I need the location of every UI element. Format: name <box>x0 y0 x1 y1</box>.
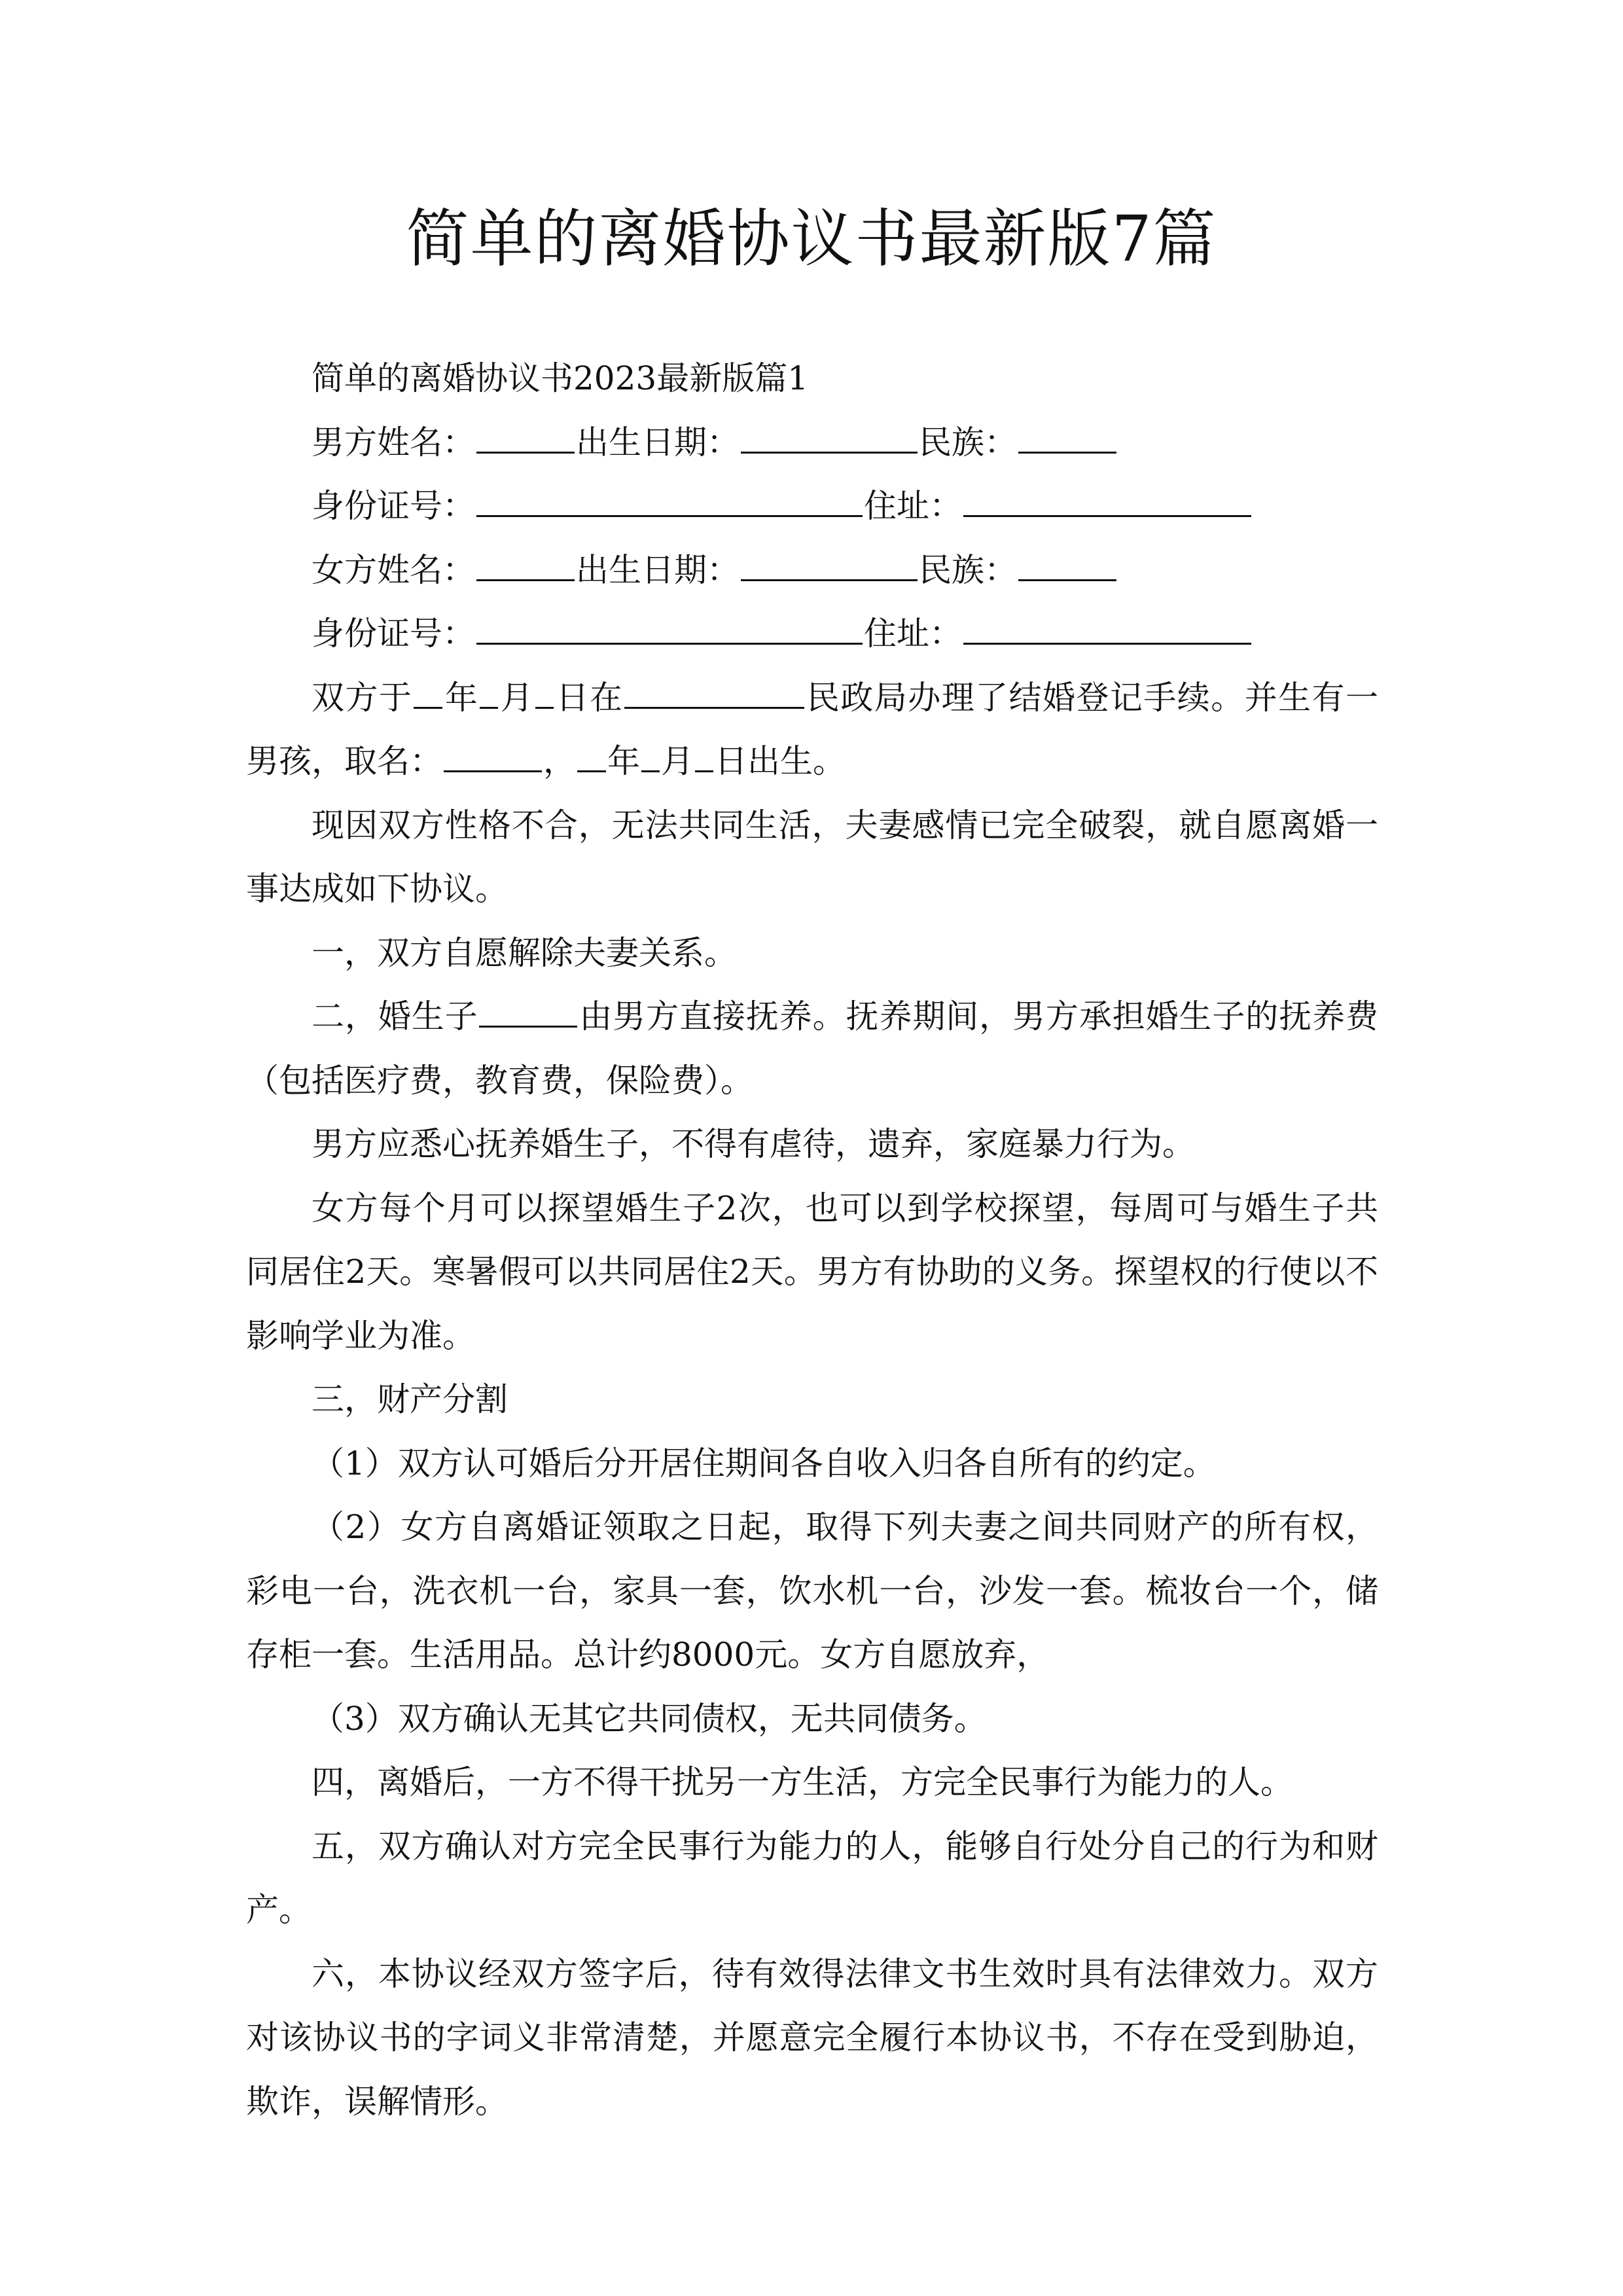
comma: ， <box>543 742 576 780</box>
female-dob-blank[interactable] <box>741 553 918 581</box>
day-label: 日在 <box>555 679 623 717</box>
property-item-1: （1）双方认可婚后分开居住期间各自收入归各自所有的约定。 <box>246 1432 1378 1496</box>
marriage-paragraph: 双方于年月日在民政局办理了结婚登记手续。并生有一男孩，取名：，年月日出生。 <box>246 666 1378 794</box>
male-dob-blank[interactable] <box>741 425 918 454</box>
clause-3: 三，财产分割 <box>246 1368 1378 1432</box>
male-id-blank[interactable] <box>476 489 863 517</box>
female-ethnicity-label: 民族： <box>919 551 1017 589</box>
birth-day-blank[interactable] <box>695 744 713 772</box>
reason-paragraph: 现因双方性格不合，无法共同生活，夫妻感情已完全破裂，就自愿离婚一事达成如下协议。 <box>246 794 1378 922</box>
female-id-blank[interactable] <box>476 617 863 645</box>
birth-year-blank[interactable] <box>577 744 606 772</box>
marriage-month-blank[interactable] <box>480 681 498 709</box>
year-label: 年 <box>444 679 478 717</box>
property-item-2: （2）女方自离婚证领取之日起，取得下列夫妻之间共同财产的所有权，彩电一台，洗衣机… <box>246 1496 1378 1687</box>
born-label: 日出生。 <box>715 742 846 780</box>
female-id-row: 身份证号：住址： <box>246 602 1378 666</box>
female-name-label: 女方姓名： <box>312 551 475 589</box>
marriage-text: 双方于 <box>312 679 412 717</box>
child-name-blank-2[interactable] <box>479 999 577 1028</box>
male-address-blank[interactable] <box>963 489 1251 517</box>
clause-1: 一，双方自愿解除夫妻关系。 <box>246 922 1378 986</box>
month-label: 月 <box>499 679 534 717</box>
male-id-label: 身份证号： <box>312 487 475 525</box>
clause-5: 五，双方确认对方完全民事行为能力的人，能够自行处分自己的行为和财产。 <box>246 1815 1378 1943</box>
clause-6: 六，本协议经双方签字后，待有效得法律文书生效时具有法律效力。双方对该协议书的字词… <box>246 1943 1378 2134</box>
male-name-blank[interactable] <box>476 425 575 454</box>
male-dob-label: 出生日期： <box>576 423 740 461</box>
clause-4: 四，离婚后，一方不得干扰另一方生活，方完全民事行为能力的人。 <box>246 1751 1378 1815</box>
female-dob-label: 出生日期： <box>576 551 740 589</box>
marriage-year-blank[interactable] <box>414 681 442 709</box>
civil-affairs-office-blank[interactable] <box>624 681 804 709</box>
birth-month-blank[interactable] <box>641 744 660 772</box>
male-id-row: 身份证号：住址： <box>246 475 1378 539</box>
section-heading: 简单的离婚协议书2023最新版篇1 <box>246 347 1378 411</box>
visitation-paragraph: 女方每个月可以探望婚生子2次，也可以到学校探望，每周可与婚生子共同居住2天。寒暑… <box>246 1177 1378 1369</box>
clause-2: 二，婚生子由男方直接抚养。抚养期间，男方承担婚生子的抚养费（包括医疗费，教育费，… <box>246 985 1378 1113</box>
female-name-blank[interactable] <box>476 553 575 581</box>
child-name-blank[interactable] <box>444 744 542 772</box>
clause-2-text: 二，婚生子 <box>312 997 478 1035</box>
female-id-label: 身份证号： <box>312 615 475 653</box>
month-label: 月 <box>661 742 694 780</box>
document-body: 简单的离婚协议书2023最新版篇1 男方姓名：出生日期：民族： 身份证号：住址：… <box>246 347 1378 2134</box>
care-paragraph: 男方应悉心抚养婚生子，不得有虐待，遗弃，家庭暴力行为。 <box>246 1113 1378 1177</box>
male-name-label: 男方姓名： <box>312 423 475 461</box>
male-ethnicity-label: 民族： <box>919 423 1017 461</box>
year-label: 年 <box>607 742 640 780</box>
male-address-label: 住址： <box>864 487 962 525</box>
property-item-3: （3）双方确认无其它共同债权，无共同债务。 <box>246 1687 1378 1751</box>
male-info-row: 男方姓名：出生日期：民族： <box>246 411 1378 475</box>
female-address-blank[interactable] <box>963 617 1251 645</box>
marriage-day-blank[interactable] <box>535 681 554 709</box>
female-info-row: 女方姓名：出生日期：民族： <box>246 539 1378 603</box>
female-ethnicity-blank[interactable] <box>1018 553 1116 581</box>
female-address-label: 住址： <box>864 615 962 653</box>
male-ethnicity-blank[interactable] <box>1018 425 1116 454</box>
document-title: 简单的离婚协议书最新版7篇 <box>0 196 1623 281</box>
